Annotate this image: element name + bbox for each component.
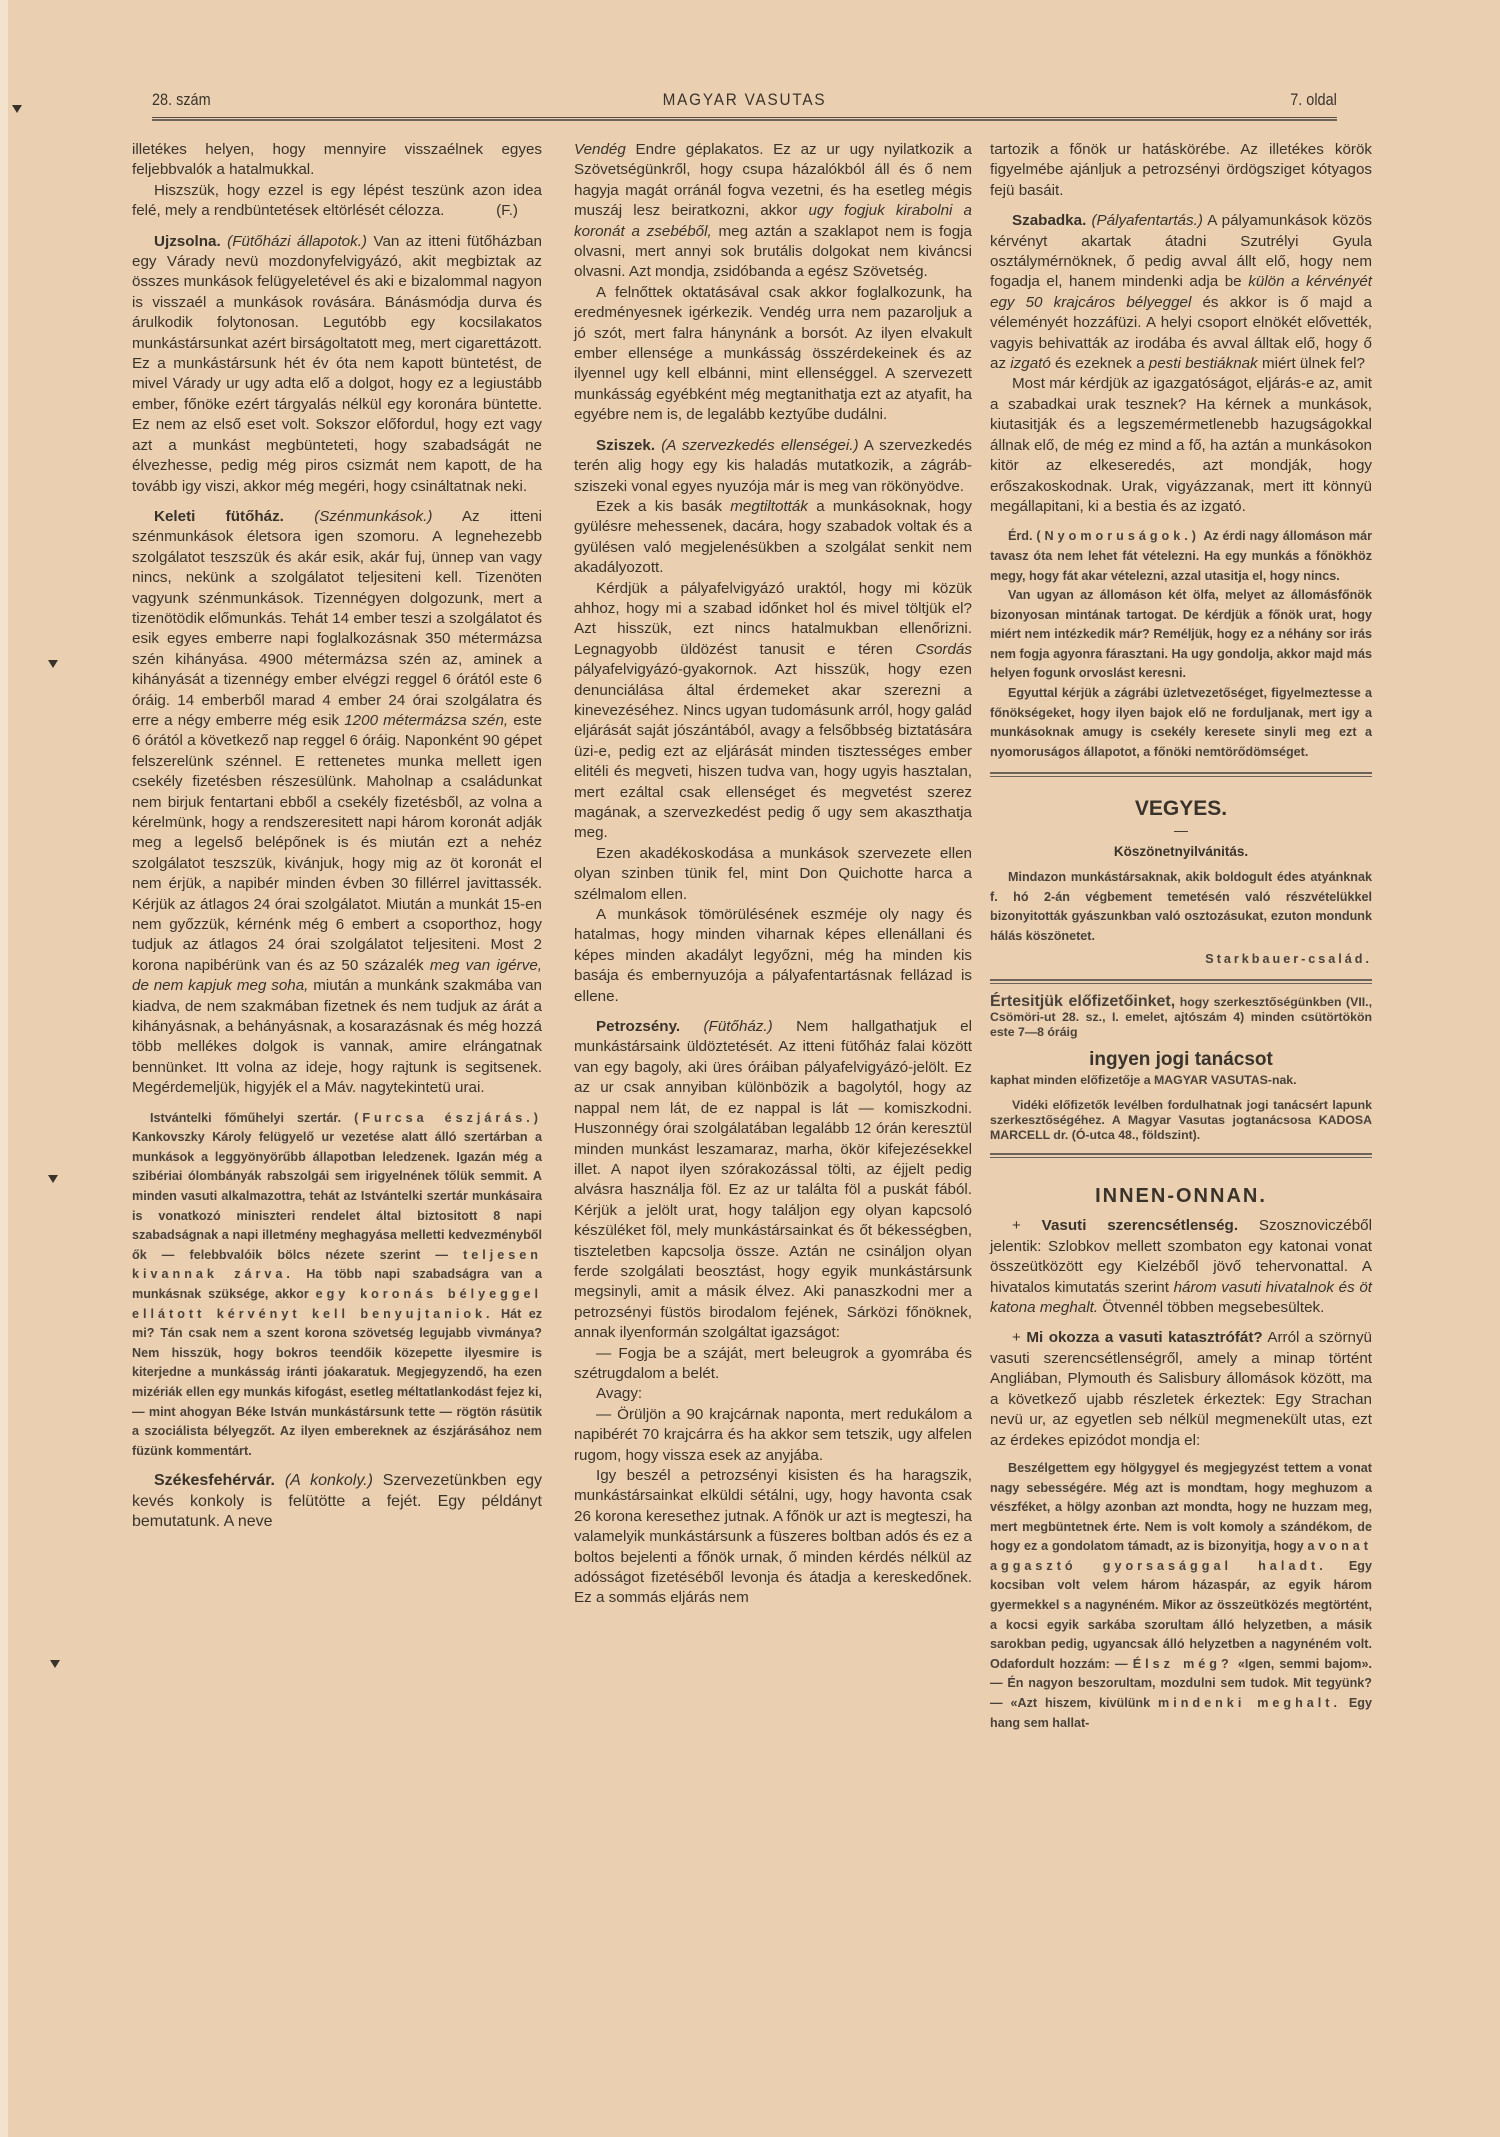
article-istvantelki: Istvántelki főműhelyi szertár. (Furcsa é…: [132, 1109, 542, 1462]
article-subtitle: (Pályafentartás.): [1091, 212, 1202, 229]
article-subtitle: (A konkoly.): [285, 1472, 373, 1489]
page-header: 28. szám MAGYAR VASUTAS 7. oldal: [152, 90, 1337, 120]
article-subtitle: (A szervezkedés ellenségei.): [661, 437, 858, 454]
section-title-innen-onnan: INNEN-ONNAN.: [990, 1186, 1372, 1206]
paragraph: Hiszszük, hogy ezzel is egy lépést teszü…: [132, 181, 542, 222]
article-place: Érd.: [1008, 529, 1033, 543]
news-item: + Vasuti szerencsétlenség. Szosznoviczéb…: [990, 1216, 1372, 1318]
article-place: Istvántelki főműhelyi szertár.: [150, 1111, 341, 1125]
dash-separator: —: [990, 824, 1372, 836]
article-vendeg-cont: Vendég Endre géplakatos. Ez az ur ugy ny…: [574, 140, 972, 283]
article-keleti-futohaz: Keleti fütőház. (Szénmunkások.) Az itten…: [132, 507, 542, 1099]
paragraph: Ezen akadékoskodása a munkások szervezet…: [574, 844, 972, 905]
article-place: Szabadka.: [1012, 212, 1086, 229]
article-subtitle: (Fütőház.): [704, 1018, 773, 1035]
column-middle: Vendég Endre géplakatos. Ez az ur ugy ny…: [574, 140, 972, 1609]
author-initial: (F.): [474, 201, 518, 221]
article-subtitle: (Fütőházi állapotok.): [227, 233, 367, 250]
column-left: illetékes helyen, hogy mennyire visszaél…: [132, 140, 542, 1533]
article-sziszek: Sziszek. (A szervezkedés ellenségei.) A …: [574, 436, 972, 497]
subscriber-notice: Értesitjük előfizetőinket, hogy szerkesz…: [990, 994, 1372, 1143]
notice-lead: Értesitjük előfizetőinket,: [990, 993, 1175, 1010]
margin-mark: [12, 105, 22, 113]
paragraph: illetékes helyen, hogy mennyire visszaél…: [132, 140, 542, 181]
quote: — Örüljön a 90 krajcárnak naponta, mert …: [574, 1405, 972, 1466]
notice-highlight: ingyen jogi tanácsot: [990, 1052, 1372, 1067]
article-szabadka: Szabadka. (Pályafentartás.) A pályamunká…: [990, 211, 1372, 374]
cross-icon: +: [1012, 1329, 1021, 1346]
article-subtitle: (Nyomoruságok.): [1036, 529, 1200, 543]
paragraph: A munkások tömörülésének eszméje oly nag…: [574, 905, 972, 1007]
article-subtitle: (Szénmunkások.): [314, 508, 432, 525]
paragraph: Avagy:: [574, 1384, 972, 1404]
header-rule: [152, 117, 1337, 121]
paragraph: Igy beszél a petrozsényi kisisten és ha …: [574, 1466, 972, 1609]
article-place: Sziszek.: [596, 437, 655, 454]
quote: — Fogja be a száját, mert beleugrok a gy…: [574, 1344, 972, 1385]
section-divider: [990, 1153, 1372, 1158]
paragraph: Kérdjük a pályafelvigyázó uraktól, hogy …: [574, 579, 972, 844]
paragraph: Van ugyan az állomáson két ölfa, melyet …: [990, 586, 1372, 684]
thanks-notice: Mindazon munkástársaknak, akik boldogult…: [990, 868, 1372, 946]
article-place: Székesfehérvár.: [154, 1472, 275, 1489]
margin-mark: [50, 1660, 60, 1668]
news-quote: Beszélgettem egy hölgygyel és megjegyzés…: [990, 1459, 1372, 1733]
article-place: Petrozsény.: [596, 1018, 680, 1035]
article-petrozseny-cont: tartozik a főnök ur hatáskörébe. Az ille…: [990, 140, 1372, 201]
article-subtitle: (Furcsa észjárás.): [354, 1111, 542, 1125]
article-erd: Érd. (Nyomoruságok.) Az érdi nagy állomá…: [990, 527, 1372, 762]
issue-number: 28. szám: [152, 90, 211, 110]
cross-icon: +: [1012, 1217, 1021, 1234]
article-petrozseny: Petrozsény. (Fütőház.) Nem hallgathatjuk…: [574, 1017, 972, 1344]
news-item: + Mi okozza a vasuti katasztrófát? Arról…: [990, 1328, 1372, 1450]
article-ujzsolna: Ujzsolna. (Fütőházi állapotok.) Van az i…: [132, 232, 542, 497]
paragraph: A felnőttek oktatásával csak akkor fogla…: [574, 283, 972, 426]
page-number: 7. oldal: [1290, 90, 1337, 110]
column-right: tartozik a főnök ur hatáskörébe. Az ille…: [990, 140, 1372, 1733]
paragraph: Egyuttal kérjük a zágrábi üzletvezetőség…: [990, 684, 1372, 762]
margin-mark: [48, 1175, 58, 1183]
section-title-vegyes: VEGYES.: [990, 799, 1372, 819]
signature: Starkbauer-család.: [990, 949, 1372, 969]
paragraph: Ezek a kis basák megtiltották a munkások…: [574, 497, 972, 579]
article-szekesfehervar: Székesfehérvár. (A konkoly.) Szervezetün…: [132, 1471, 542, 1532]
article-place: Ujzsolna.: [154, 233, 221, 250]
paragraph: Most már kérdjük az igazgatóságot, eljár…: [990, 374, 1372, 517]
section-divider: [990, 772, 1372, 777]
section-divider: [990, 979, 1372, 984]
newspaper-title: MAGYAR VASUTAS: [211, 90, 1278, 110]
subsection-title: Köszönetnyilvánitás.: [990, 842, 1372, 862]
margin-mark: [48, 660, 58, 668]
article-place: Keleti fütőház.: [154, 508, 284, 525]
page-edge: [0, 0, 8, 2137]
